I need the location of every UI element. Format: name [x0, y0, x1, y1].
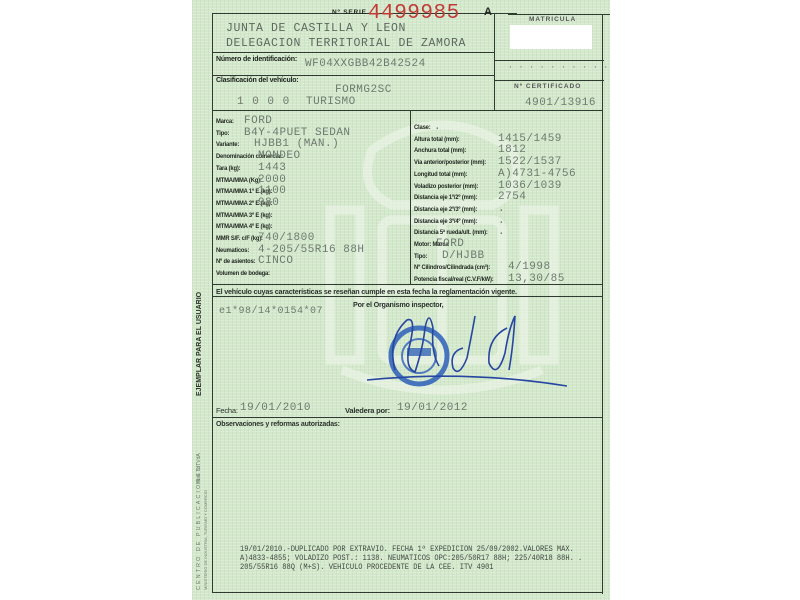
homologation-number: e1*98/14*0154*07 [219, 306, 323, 317]
frame-left [212, 13, 213, 593]
field-label: Neumaticos: [216, 247, 249, 254]
field-value: . [258, 209, 265, 221]
classification-label: Clasificación del vehículo: [216, 77, 299, 84]
field-value: D/HJBB [442, 250, 485, 262]
publisher-line-1: CENTRO DE PUBLICACIONES [196, 465, 202, 590]
field-label: Marca: [216, 118, 234, 125]
field-value: 740/1800 [258, 232, 315, 244]
field-label: Distancia eje 2º/3º (mm): [414, 206, 477, 213]
divider [212, 75, 495, 76]
field-value: . [498, 215, 505, 227]
header-divider [494, 14, 495, 110]
divider [494, 60, 604, 61]
field-label: Voladizo posterior (mm): [414, 183, 478, 190]
certificado-value: 4901/13916 [525, 97, 596, 109]
copy-label: EJEMPLAR PARA EL USUARIO [196, 292, 203, 396]
field-label: Vía anterior/posterior (mm): [414, 159, 486, 166]
field-value: 1443 [258, 162, 286, 174]
field-value: . [258, 220, 265, 232]
field-value: 980 [258, 197, 279, 209]
observation-line-1: 19/01/2010.-DUPLICADO POR EXTRAVIO. FECH… [240, 545, 574, 554]
divider [494, 80, 604, 81]
fecha-label: Fecha: [216, 406, 238, 415]
divider [212, 110, 603, 111]
field-label: Altura total (mm): [414, 136, 460, 143]
field-value: FORD [244, 115, 272, 127]
field-label: MMR S/F. c/F (kg): [216, 235, 263, 242]
field-value: 1415/1459 [498, 133, 562, 145]
identification-value: WF04XXGBB42B42524 [305, 58, 426, 70]
valedera-label: Valedera por: [345, 406, 390, 415]
observation-line-3: 205/55R16 88Q (M+S). VEHICULO PROCEDENTE… [240, 563, 494, 572]
field-label: Nº Cilindros/Cilindrada (cm³): [414, 264, 490, 271]
field-label: Distancia 5ª rueda/ult. (mm): [414, 229, 488, 236]
field-label: Tipo: [414, 253, 427, 260]
serie-letter: A [484, 6, 492, 18]
field-value: HJBB1 (MAN.) [254, 138, 339, 150]
field-value: 1100 [258, 185, 286, 197]
vehicle-inspection-card: Nº SERIE 4499985 A JUNTA DE CASTILLA Y L… [192, 0, 610, 600]
issuer-line-2: DELEGACION TERRITORIAL DE ZAMORA [226, 37, 466, 50]
field-label: Longitud total (mm): [414, 171, 467, 178]
field-value: . [258, 267, 265, 279]
model-code: Mod. TdTVdA [196, 453, 202, 484]
field-value: MONDEO [258, 150, 301, 162]
field-label: Distancia eje 1º/2º (mm): [414, 194, 477, 201]
classification-type: TURISMO [306, 96, 356, 108]
field-value: . [434, 121, 441, 133]
fecha-value: 19/01/2010 [240, 402, 311, 414]
field-label: Potencia fiscal/real (C.V.F/kW): [414, 276, 494, 283]
field-label: Variante: [216, 141, 239, 148]
compliance-statement: El vehículo cuyas características se res… [216, 287, 517, 296]
observation-line-2: A)4833-4855; VOLADIZO POST.: 1138. NEUMA… [240, 554, 582, 563]
matricula-dots: · · · · · · · · · · [508, 63, 609, 72]
field-value: 4/1998 [508, 261, 551, 273]
field-label: Tara (kg): [216, 165, 240, 172]
serie-label: Nº SERIE [332, 9, 367, 16]
signature-and-stamp [367, 308, 567, 400]
certificado-label: Nº CERTIFICADO [514, 83, 581, 90]
frame-bottom [212, 592, 603, 593]
field-label: Nº de asientos: [216, 258, 255, 265]
field-label: Distancia eje 3º/4º (mm): [414, 218, 477, 225]
field-label: Clase: [414, 124, 430, 131]
frame-right [602, 14, 603, 594]
field-label: Tipo: [216, 130, 229, 137]
field-value: 1522/1537 [498, 156, 562, 168]
field-label: Anchura total (mm): [414, 147, 466, 154]
observations-label: Observaciones y reformas autorizadas: [216, 421, 340, 428]
field-value: CINCO [258, 255, 294, 267]
field-value: . [498, 226, 505, 238]
field-value: 1812 [498, 144, 526, 156]
field-value: . [498, 203, 505, 215]
matricula-label: MATRICULA [529, 16, 576, 23]
divider [212, 296, 603, 297]
middle-divider [410, 110, 411, 284]
field-value: A)4731-4756 [498, 168, 576, 180]
field-value: FORD [436, 238, 464, 250]
divider [212, 417, 603, 418]
classification-code: FORMG2SC [335, 84, 392, 96]
field-value: 2000 [258, 174, 286, 186]
frame-top-right [508, 14, 610, 15]
matricula-redacted [510, 25, 592, 49]
field-value: 4-205/55R16 88H [258, 244, 365, 256]
classification-number: 1 0 0 0 [237, 96, 290, 108]
valedera-value: 19/01/2012 [397, 402, 468, 414]
field-value: 13,30/85 [508, 273, 565, 285]
issuer-line-1: JUNTA DE CASTILLA Y LEON [226, 22, 406, 35]
field-value: 1036/1039 [498, 180, 562, 192]
publisher-line-2: MINISTERIO DE INDUSTRIA, TURISMO Y COMER… [203, 490, 208, 590]
field-label: MTMA/MMA (Kg): [216, 177, 262, 184]
divider [212, 52, 495, 53]
identification-label: Número de identificación: [216, 56, 297, 63]
field-value: B4Y-4PUET SEDAN [244, 127, 351, 139]
field-value: 2754 [498, 191, 526, 203]
